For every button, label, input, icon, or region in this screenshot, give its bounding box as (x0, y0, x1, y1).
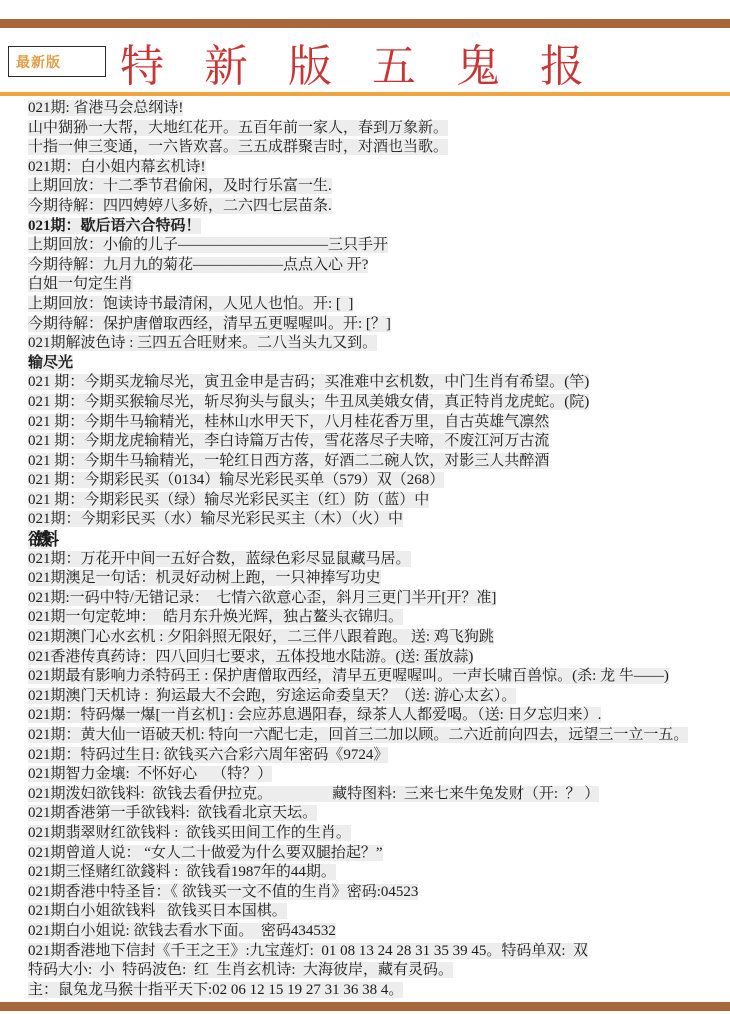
text-line: 特码大小: 小 特码波色: 红 生肖玄机诗: 大海彼岸，藏有灵码。 (28, 961, 730, 981)
text-line: 十指一伸三变通，一六皆欢喜。三五成群聚吉时，对酒也当歌。 (28, 138, 730, 158)
text-line: 021期最有影响力杀特码王 : 保护唐僧取西经，清早五更喔喔叫。一声长啸百兽惊。… (28, 667, 730, 687)
text-line: 山中猢狲一大帮，大地红花开。五百年前一家人，春到万象新。 (28, 119, 730, 139)
text-line: 021期澳门天机诗 : 狗运最大不会跑，穷途运命委皇天？（送: 游心太玄）。 (28, 687, 730, 707)
text-line: 021期：白小姐内幕玄机诗! (28, 158, 730, 178)
text-line: 021期曾道人说： “女人二十做爱为什么要双腿抬起？” (28, 844, 730, 864)
text-line: 021 期：今期彩民买（绿）输尽光彩民买主（红）防（蓝）中 (28, 491, 730, 511)
text-line: 输尽光 (28, 354, 730, 374)
text-line: 021期白小姐欲钱料 欲钱买日本国棋。 (28, 902, 730, 922)
text-line: 021期泼妇欲钱料: 欲钱去看伊拉克。 藏特图料: 三来七来牛兔发财（开: ？ … (28, 785, 730, 805)
bottom-divider-bar (0, 1002, 730, 1011)
text-line: 021 期：今期牛马输精光，一轮红日西方落，好酒二二碗人饮，对影三人共醉酒 (28, 452, 730, 472)
tip-sheet-page: 最新版 特新版五鬼报 021期: 省港马会总纲诗!山中猢狲一大帮，大地红花开。五… (0, 0, 730, 1014)
text-line: 021 期：今期龙虎输精光，李白诗篇万古传，雪花落尽子夫啼，不废江河万古流 (28, 432, 730, 452)
page-title: 特新版五鬼报 (120, 44, 624, 90)
text-line: 今期待解：九月九的菊花——————点点入心 开? (28, 256, 730, 276)
text-line: 021期澳足一句话：机灵好动树上跑，一只神捧写功史 (28, 569, 730, 589)
text-line: 上期回放：十二季节君偷闲，及时行乐富一生. (28, 177, 730, 197)
text-line: 上期回放：饱读诗书最清闲，人见人也怕。开: [ ] (28, 295, 730, 315)
badge-label: 最新版 (9, 47, 105, 72)
text-line: 021期：今期彩民买（水）输尽光彩民买主（木）（火）中 (28, 510, 730, 530)
orange-rule (0, 92, 730, 96)
text-line: 上期回放：小偷的儿子——————————三只手开 (28, 236, 730, 256)
text-line: 今期待解：四四娉婷八多娇，二六四七层苗条. (28, 197, 730, 217)
latest-version-badge: 最新版 (8, 46, 106, 77)
text-line: 021期白小姐说: 欲钱去看水下面。 密码434532 (28, 922, 730, 942)
text-line: 021期香港地下信封《千王之王》:九宝莲灯: 01 08 13 24 28 31… (28, 942, 730, 962)
text-line: 欲钱料 (28, 530, 730, 550)
text-line: 021期: 省港马会总纲诗! (28, 99, 730, 119)
text-line: 021期:一码中特/无错记录： 七情六欲意心歪，斜月三更门半开[开？准] (28, 589, 730, 609)
text-line: 021 期：今期牛马输精光，桂林山水甲天下，八月桂花香万里，自古英雄气凛然 (28, 413, 730, 433)
text-line: 今期待解：保护唐僧取西经，清早五更喔喔叫。开: [？] (28, 315, 730, 335)
text-line: 021期：特码过生日: 欲钱买六合彩六周年密码《9724》 (28, 746, 730, 766)
text-line: 021期：特码爆一爆[一肖玄机] : 会应苏息遇阳春，绿茶人人都爱喝。（送: 日… (28, 706, 730, 726)
text-line: 021期香港第一手欲钱料: 欲钱看北京天坛。 (28, 804, 730, 824)
text-line: 021 期：今期买猴输尽光，斩尽狗头与鼠头；牛丑凤美娥女倩，真正特肖龙虎蛇。(院… (28, 393, 730, 413)
text-line: 主：鼠兔龙马猴十指平天下:02 06 12 15 19 27 31 36 38 … (28, 981, 730, 1001)
text-line: 021期智力金壤: 不怀好心 （特？） (28, 765, 730, 785)
text-line: 021期翡翠财红欲钱料 : 欲钱买田间工作的生肖。 (28, 824, 730, 844)
text-line: 021期：黄大仙一语破天机: 特向一六配七走，回首三二加以顾。二六近前向四去，远… (28, 726, 730, 746)
text-line: 021期香港中特圣旨：《 欲钱买一文不值的生肖》密码:04523 (28, 883, 730, 903)
body-lines: 021期: 省港马会总纲诗!山中猢狲一大帮，大地红花开。五百年前一家人，春到万象… (28, 99, 730, 1000)
text-line: 021香港传真药诗：四八回归七要求，五体投地水陆游。(送: 蛋放蒜) (28, 648, 730, 668)
text-line: 021期解波色诗 : 三四五合旺财来。二八当头九又到。 (28, 334, 730, 354)
text-line: 021期一句定乾坤： 皓月东升焕光辉，独占鳌头衣锦归。 (28, 608, 730, 628)
text-line: 021期澳门心水玄机 : 夕阳斜照无限好，二三伴八跟着跑。 送: 鸡飞狗跳 (28, 628, 730, 648)
text-line: 021期三怪赌红欲錢料 : 欲钱看1987年的44期。 (28, 863, 730, 883)
top-divider-bar (0, 19, 730, 28)
text-line: 021期：歇后语六合特码！ (28, 217, 730, 237)
text-line: 白姐一句定生肖 (28, 275, 730, 295)
text-line: 021 期：今期买龙输尽光，寅丑金申是吉码；买准难中玄机数，中门生肖有希望。(竿… (28, 373, 730, 393)
text-line: 021期：万花开中间一五好合数，蓝绿色彩尽显鼠藏马居。 (28, 550, 730, 570)
text-line: 021 期：今期彩民买（0134）输尽光彩民买单（579）双（268） (28, 471, 730, 491)
